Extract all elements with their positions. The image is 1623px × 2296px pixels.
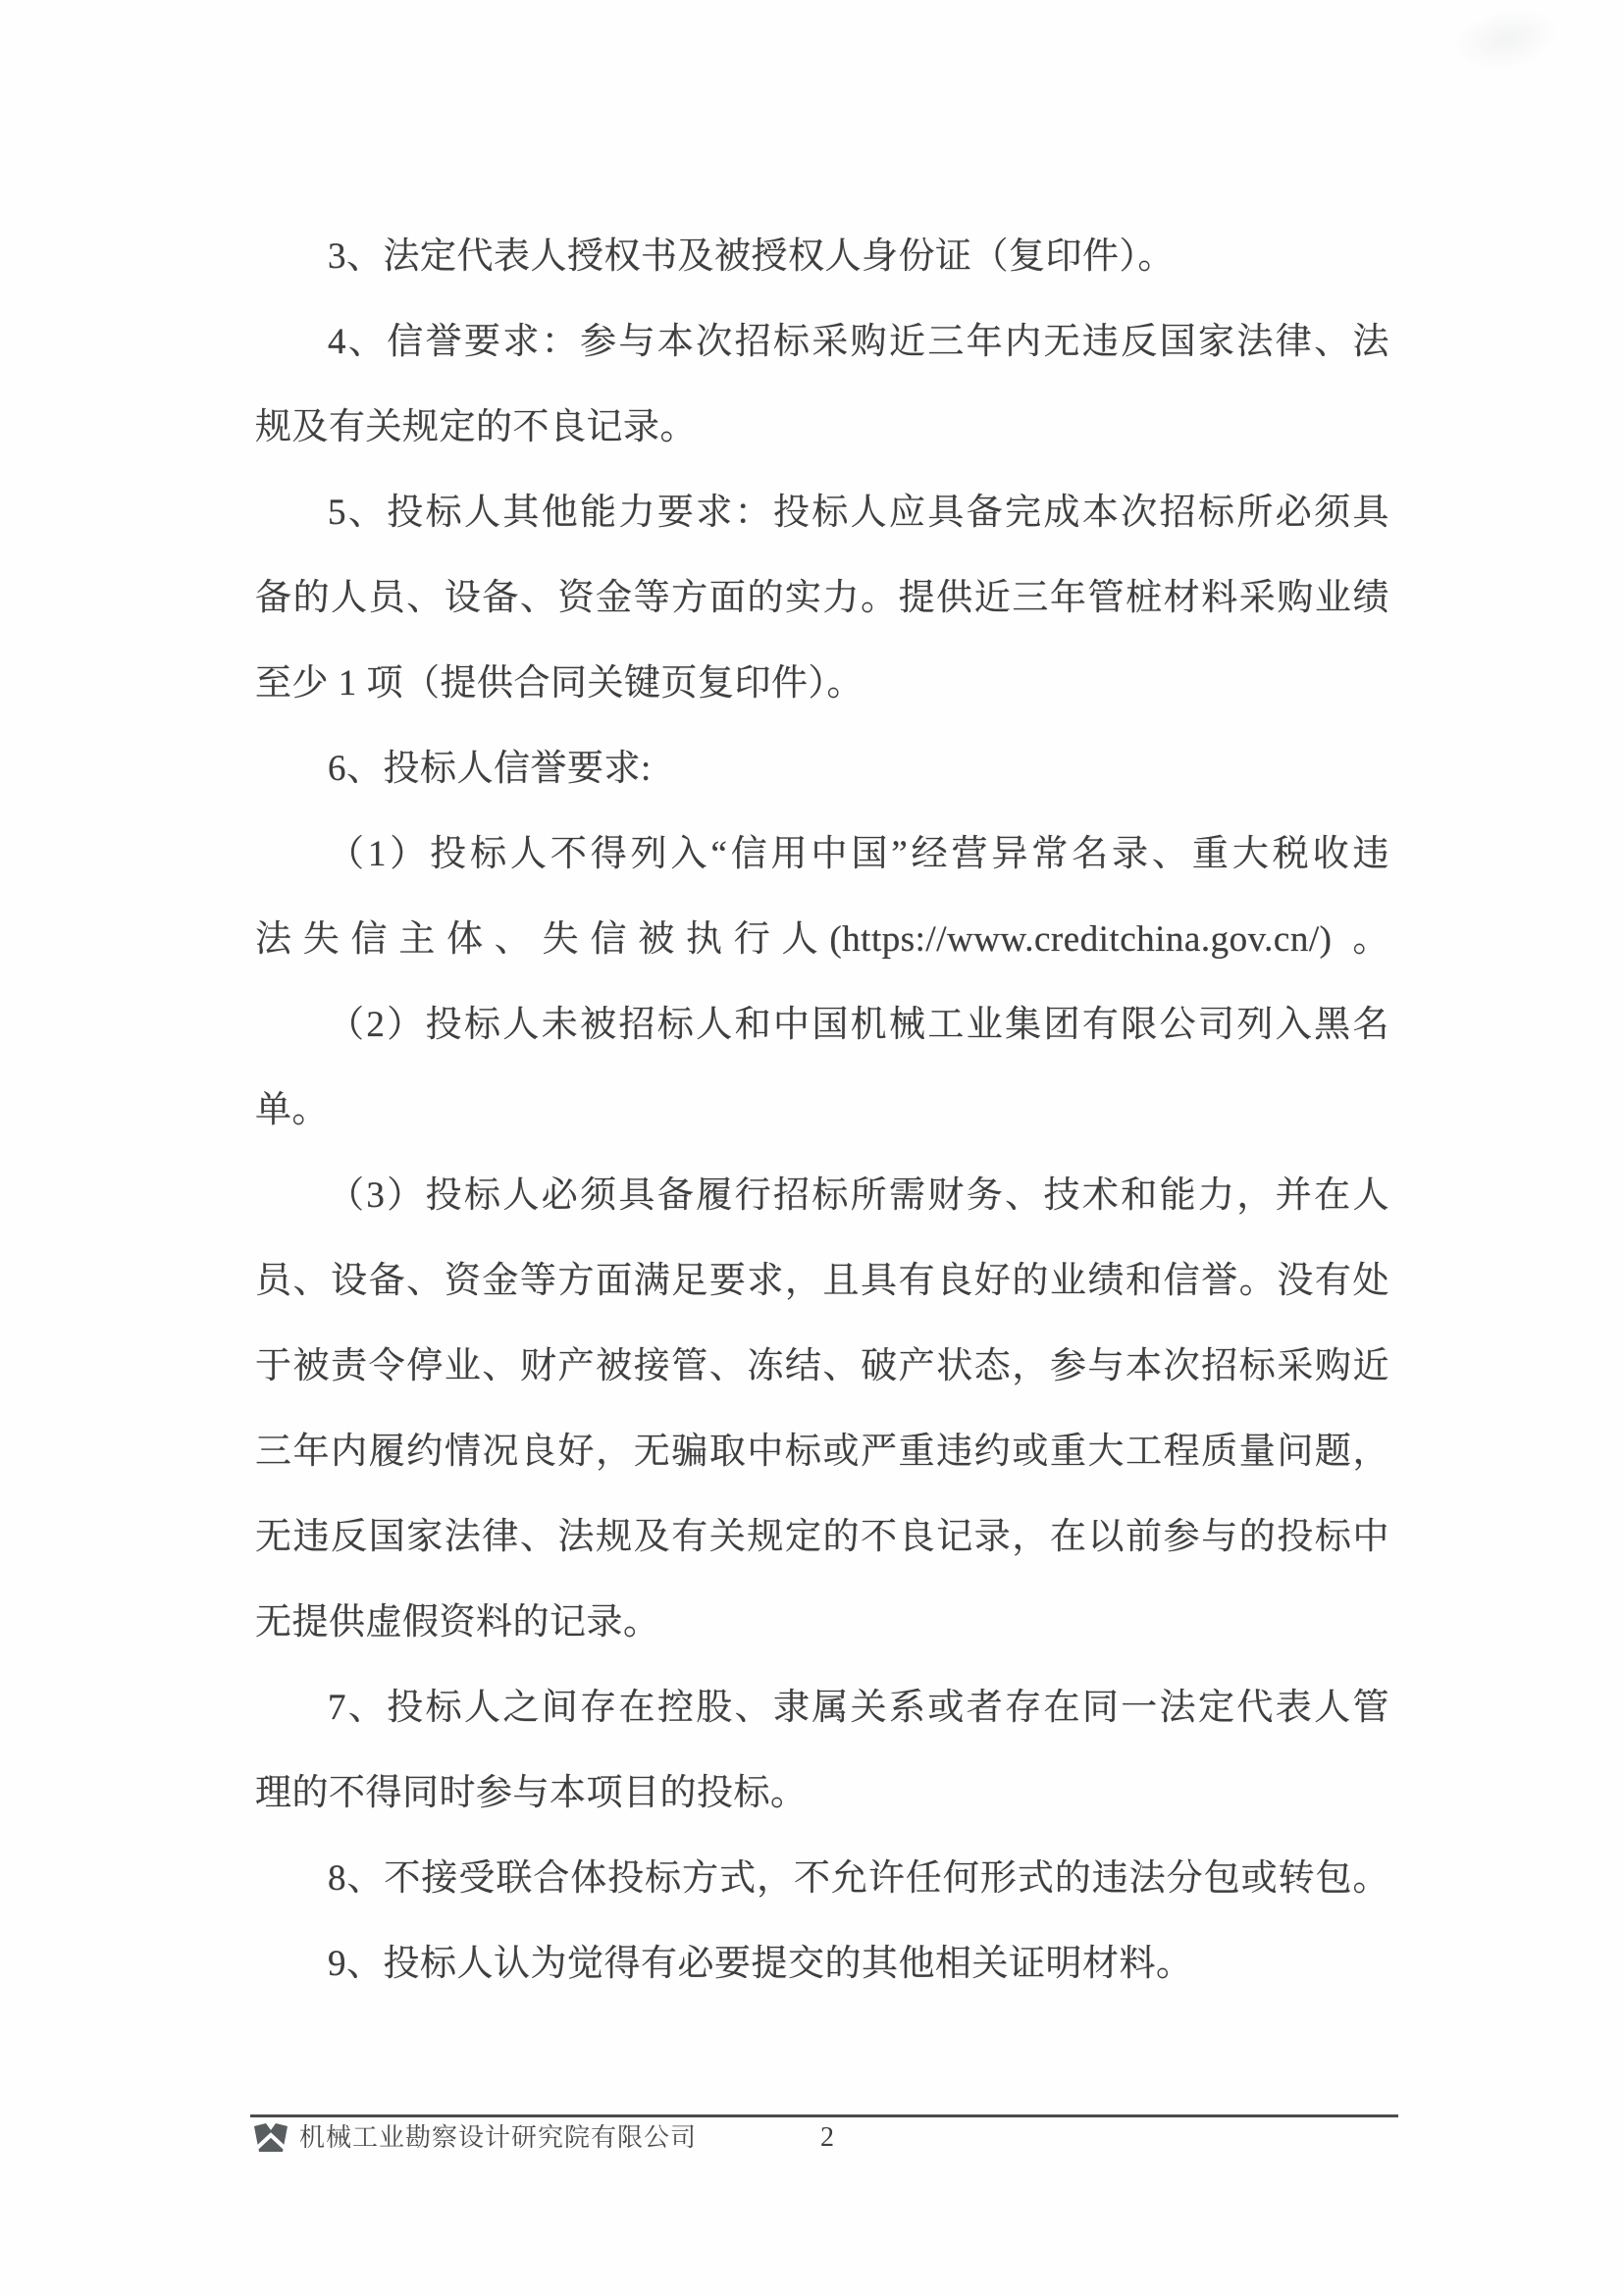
body-line: 三年内履约情况良好，无骗取中标或严重违约或重大工程质量问题， <box>255 1409 1389 1494</box>
body-line: 无违反国家法律、法规及有关规定的不良记录，在以前参与的投标中 <box>255 1494 1389 1580</box>
body-line: 4、信誉要求：参与本次招标采购近三年内无违反国家法律、法 <box>255 299 1389 385</box>
footer-divider <box>250 2114 1398 2117</box>
body-line: 备的人员、设备、资金等方面的实力。提供近三年管桩材料采购业绩 <box>255 555 1389 641</box>
page-number: 2 <box>806 2119 849 2157</box>
body-line: 无提供虚假资料的记录。 <box>255 1580 1389 1665</box>
body-line: 6、投标人信誉要求: <box>255 726 1389 811</box>
body-line: 理的不得同时参与本项目的投标。 <box>255 1750 1389 1836</box>
body-line: 单。 <box>255 1068 1389 1153</box>
document-page: 3、法定代表人授权书及被授权人身份证（复印件）。 4、信誉要求：参与本次招标采购… <box>0 0 1623 2296</box>
company-mountain-logo-icon <box>252 2122 289 2153</box>
body-line: 至少 1 项（提供合同关键页复印件）。 <box>255 641 1389 726</box>
scan-artifact <box>1447 0 1565 79</box>
page-footer: 机械工业勘察设计研究院有限公司 2 <box>250 2119 1398 2163</box>
document-body: 3、法定代表人授权书及被授权人身份证（复印件）。 4、信誉要求：参与本次招标采购… <box>255 214 1389 2007</box>
body-line: 5、投标人其他能力要求：投标人应具备完成本次招标所必须具 <box>255 470 1389 555</box>
body-line: （3）投标人必须具备履行招标所需财务、技术和能力，并在人 <box>255 1153 1389 1238</box>
body-line: 3、法定代表人授权书及被授权人身份证（复印件）。 <box>255 214 1389 299</box>
body-line: （2）投标人未被招标人和中国机械工业集团有限公司列入黑名 <box>255 982 1389 1068</box>
body-line: 9、投标人认为觉得有必要提交的其他相关证明材料。 <box>255 1921 1389 2007</box>
body-line: （1）投标人不得列入“信用中国”经营异常名录、重大税收违 <box>255 811 1389 897</box>
body-line: 规及有关规定的不良记录。 <box>255 385 1389 470</box>
body-line: 员、设备、资金等方面满足要求，且具有良好的业绩和信誉。没有处 <box>255 1238 1389 1324</box>
body-line: 8、不接受联合体投标方式，不允许任何形式的违法分包或转包。 <box>255 1836 1389 1921</box>
body-line: 法失信主体、失信被执行人(https://www.creditchina.gov… <box>255 897 1389 982</box>
footer-company-name: 机械工业勘察设计研究院有限公司 <box>299 2119 697 2157</box>
body-line: 于被责令停业、财产被接管、冻结、破产状态，参与本次招标采购近 <box>255 1324 1389 1409</box>
body-line: 7、投标人之间存在控股、隶属关系或者存在同一法定代表人管 <box>255 1665 1389 1750</box>
